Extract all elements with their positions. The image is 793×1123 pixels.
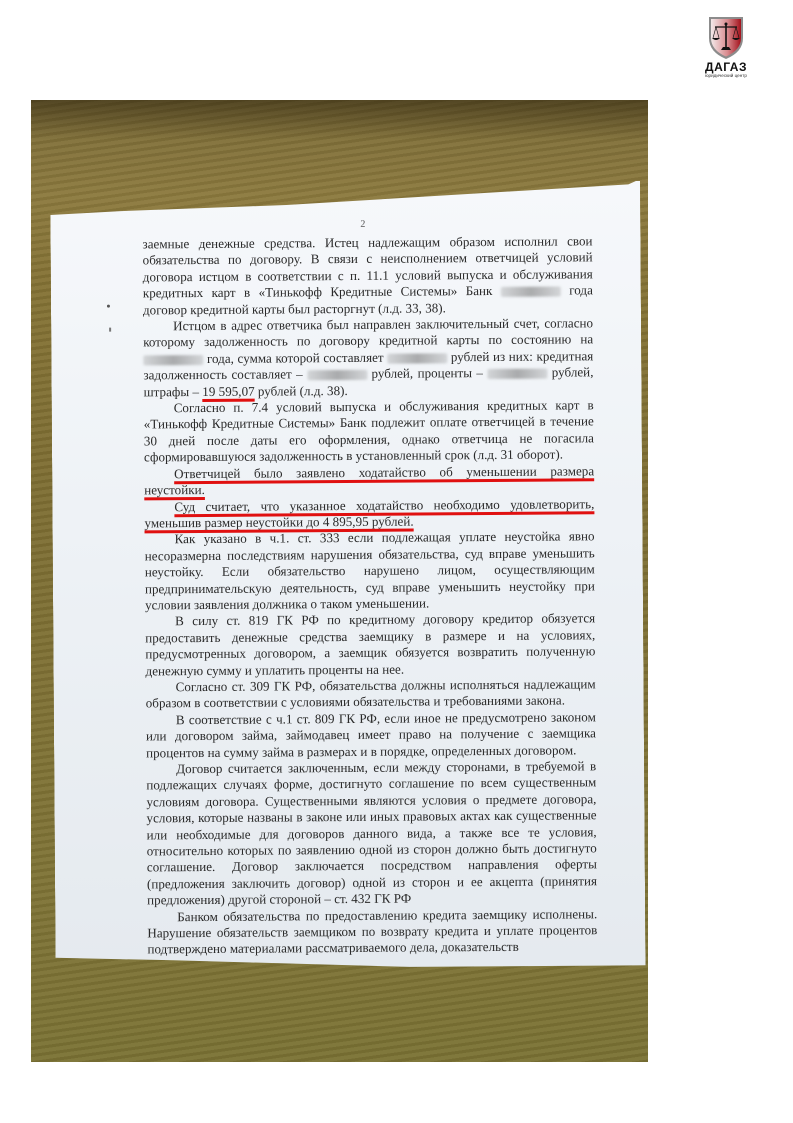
- logo-subtitle: юридический центр: [694, 73, 758, 79]
- paragraph: Суд считает, что указанное ходатайство н…: [144, 496, 594, 532]
- paragraph-text: рублей, проценты –: [367, 365, 487, 381]
- staple-mark: [109, 328, 111, 332]
- paragraph-text: Истцом в адрес ответчика был направлен з…: [143, 315, 593, 350]
- logo-name: ДАГАЗ: [694, 61, 758, 73]
- redacted-text: [307, 370, 367, 380]
- paragraph: Банком обязательства по предоставлению к…: [147, 906, 597, 958]
- paragraph: заемные денежные средства. Истец надлежа…: [142, 233, 593, 318]
- table-shadow: [31, 100, 648, 140]
- paragraph: Согласно п. 7.4 условий выпуска и обслуж…: [144, 397, 594, 466]
- paragraph-text: Согласно п. 7.4 условий выпуска и обслуж…: [144, 397, 594, 464]
- highlighted-text: Суд считает, что указанное ходатайство н…: [144, 496, 594, 531]
- paragraph: Истцом в адрес ответчика был направлен з…: [143, 315, 594, 400]
- paragraph-text: Договор считается заключенным, если межд…: [146, 758, 597, 907]
- redacted-text: [487, 369, 547, 379]
- paragraph: Согласно ст. 309 ГК РФ, обязательства до…: [146, 676, 596, 712]
- paragraph-text: года, сумма которой составляет: [203, 350, 387, 366]
- staple-mark: [107, 305, 110, 308]
- paragraph: Как указано в ч.1. ст. 333 если подлежащ…: [145, 529, 596, 614]
- page-number: 2: [360, 219, 365, 230]
- redacted-text: [387, 353, 447, 363]
- redacted-text: [501, 287, 561, 297]
- paragraph: Ответчицей было заявлено ходатайство об …: [144, 463, 594, 499]
- paper-sheet: 2 заемные денежные средства. Истец надле…: [50, 181, 646, 1015]
- document-photo: 2 заемные денежные средства. Истец надле…: [31, 100, 648, 1062]
- paragraph-text: рублей (л.д. 38).: [255, 383, 348, 399]
- paragraph-text: В силу ст. 819 ГК РФ по кредитному догов…: [145, 611, 595, 678]
- paragraph-text: В соответствие с ч.1 ст. 809 ГК РФ, если…: [146, 709, 596, 760]
- paragraph-text: Как указано в ч.1. ст. 333 если подлежащ…: [145, 529, 595, 613]
- document-body: заемные денежные средства. Истец надлежа…: [142, 233, 597, 958]
- paragraph: В соответствие с ч.1 ст. 809 ГК РФ, если…: [146, 709, 596, 761]
- highlighted-text: 19 595,07: [202, 383, 254, 398]
- paragraph-text: Согласно ст. 309 ГК РФ, обязательства до…: [146, 676, 596, 711]
- redacted-text: [143, 355, 203, 365]
- highlighted-text: Ответчицей было заявлено ходатайство об …: [144, 463, 594, 498]
- paragraph: Договор считается заключенным, если межд…: [146, 758, 597, 909]
- paragraph-text: Банком обязательства по предоставлению к…: [147, 906, 597, 957]
- company-logo: ДАГАЗ юридический центр: [694, 14, 758, 96]
- scales-of-justice-shield-icon: [706, 14, 746, 60]
- paragraph: В силу ст. 819 ГК РФ по кредитному догов…: [145, 611, 595, 680]
